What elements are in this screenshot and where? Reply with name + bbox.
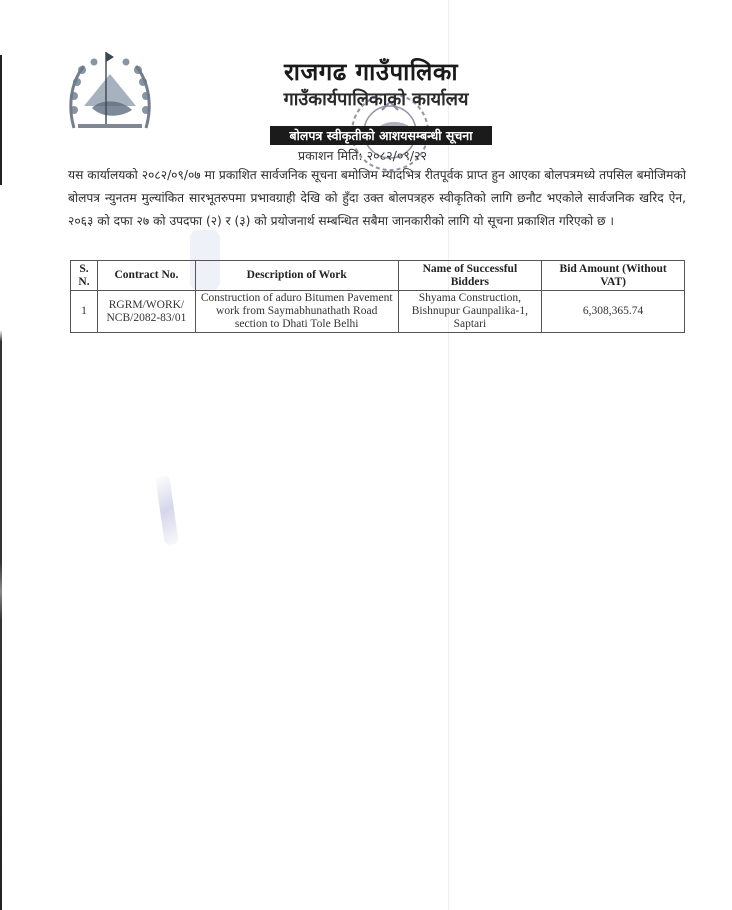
cell-bid-amount: 6,308,365.74 [542, 291, 685, 333]
col-header-description: Description of Work [195, 261, 398, 291]
notice-paragraph: यस कार्यालयको २०८२/०९/०७ मा प्रकाशित सार… [68, 164, 686, 233]
cell-sn: 1 [71, 291, 98, 333]
col-header-bid-amount: Bid Amount (Without VAT) [542, 261, 685, 291]
contract-award-table: S. N. Contract No. Description of Work N… [70, 260, 685, 333]
col-header-bidder: Name of Successful Bidders [398, 261, 542, 291]
col-header-contract-no: Contract No. [97, 261, 195, 291]
cell-bidder: Shyama Construction, Bishnupur Gaunpalik… [398, 291, 542, 333]
cell-description: Construction of aduro Bitumen Pavement w… [195, 291, 398, 333]
scan-edge [0, 330, 2, 910]
table-row: 1 RGRM/WORK/ NCB/2082-83/01 Construction… [71, 291, 685, 333]
cell-contract-no: RGRM/WORK/ NCB/2082-83/01 [97, 291, 195, 333]
notice-heading: बोलपत्र स्वीकृतीको आशयसम्बन्धी सूचना [270, 126, 492, 145]
col-header-sn: S. N. [71, 261, 98, 291]
table-header-row: S. N. Contract No. Description of Work N… [71, 261, 685, 291]
publication-ref: प्रकाशन मिति: २०८२/०९/२२ [298, 147, 427, 164]
ink-smudge [155, 474, 179, 545]
